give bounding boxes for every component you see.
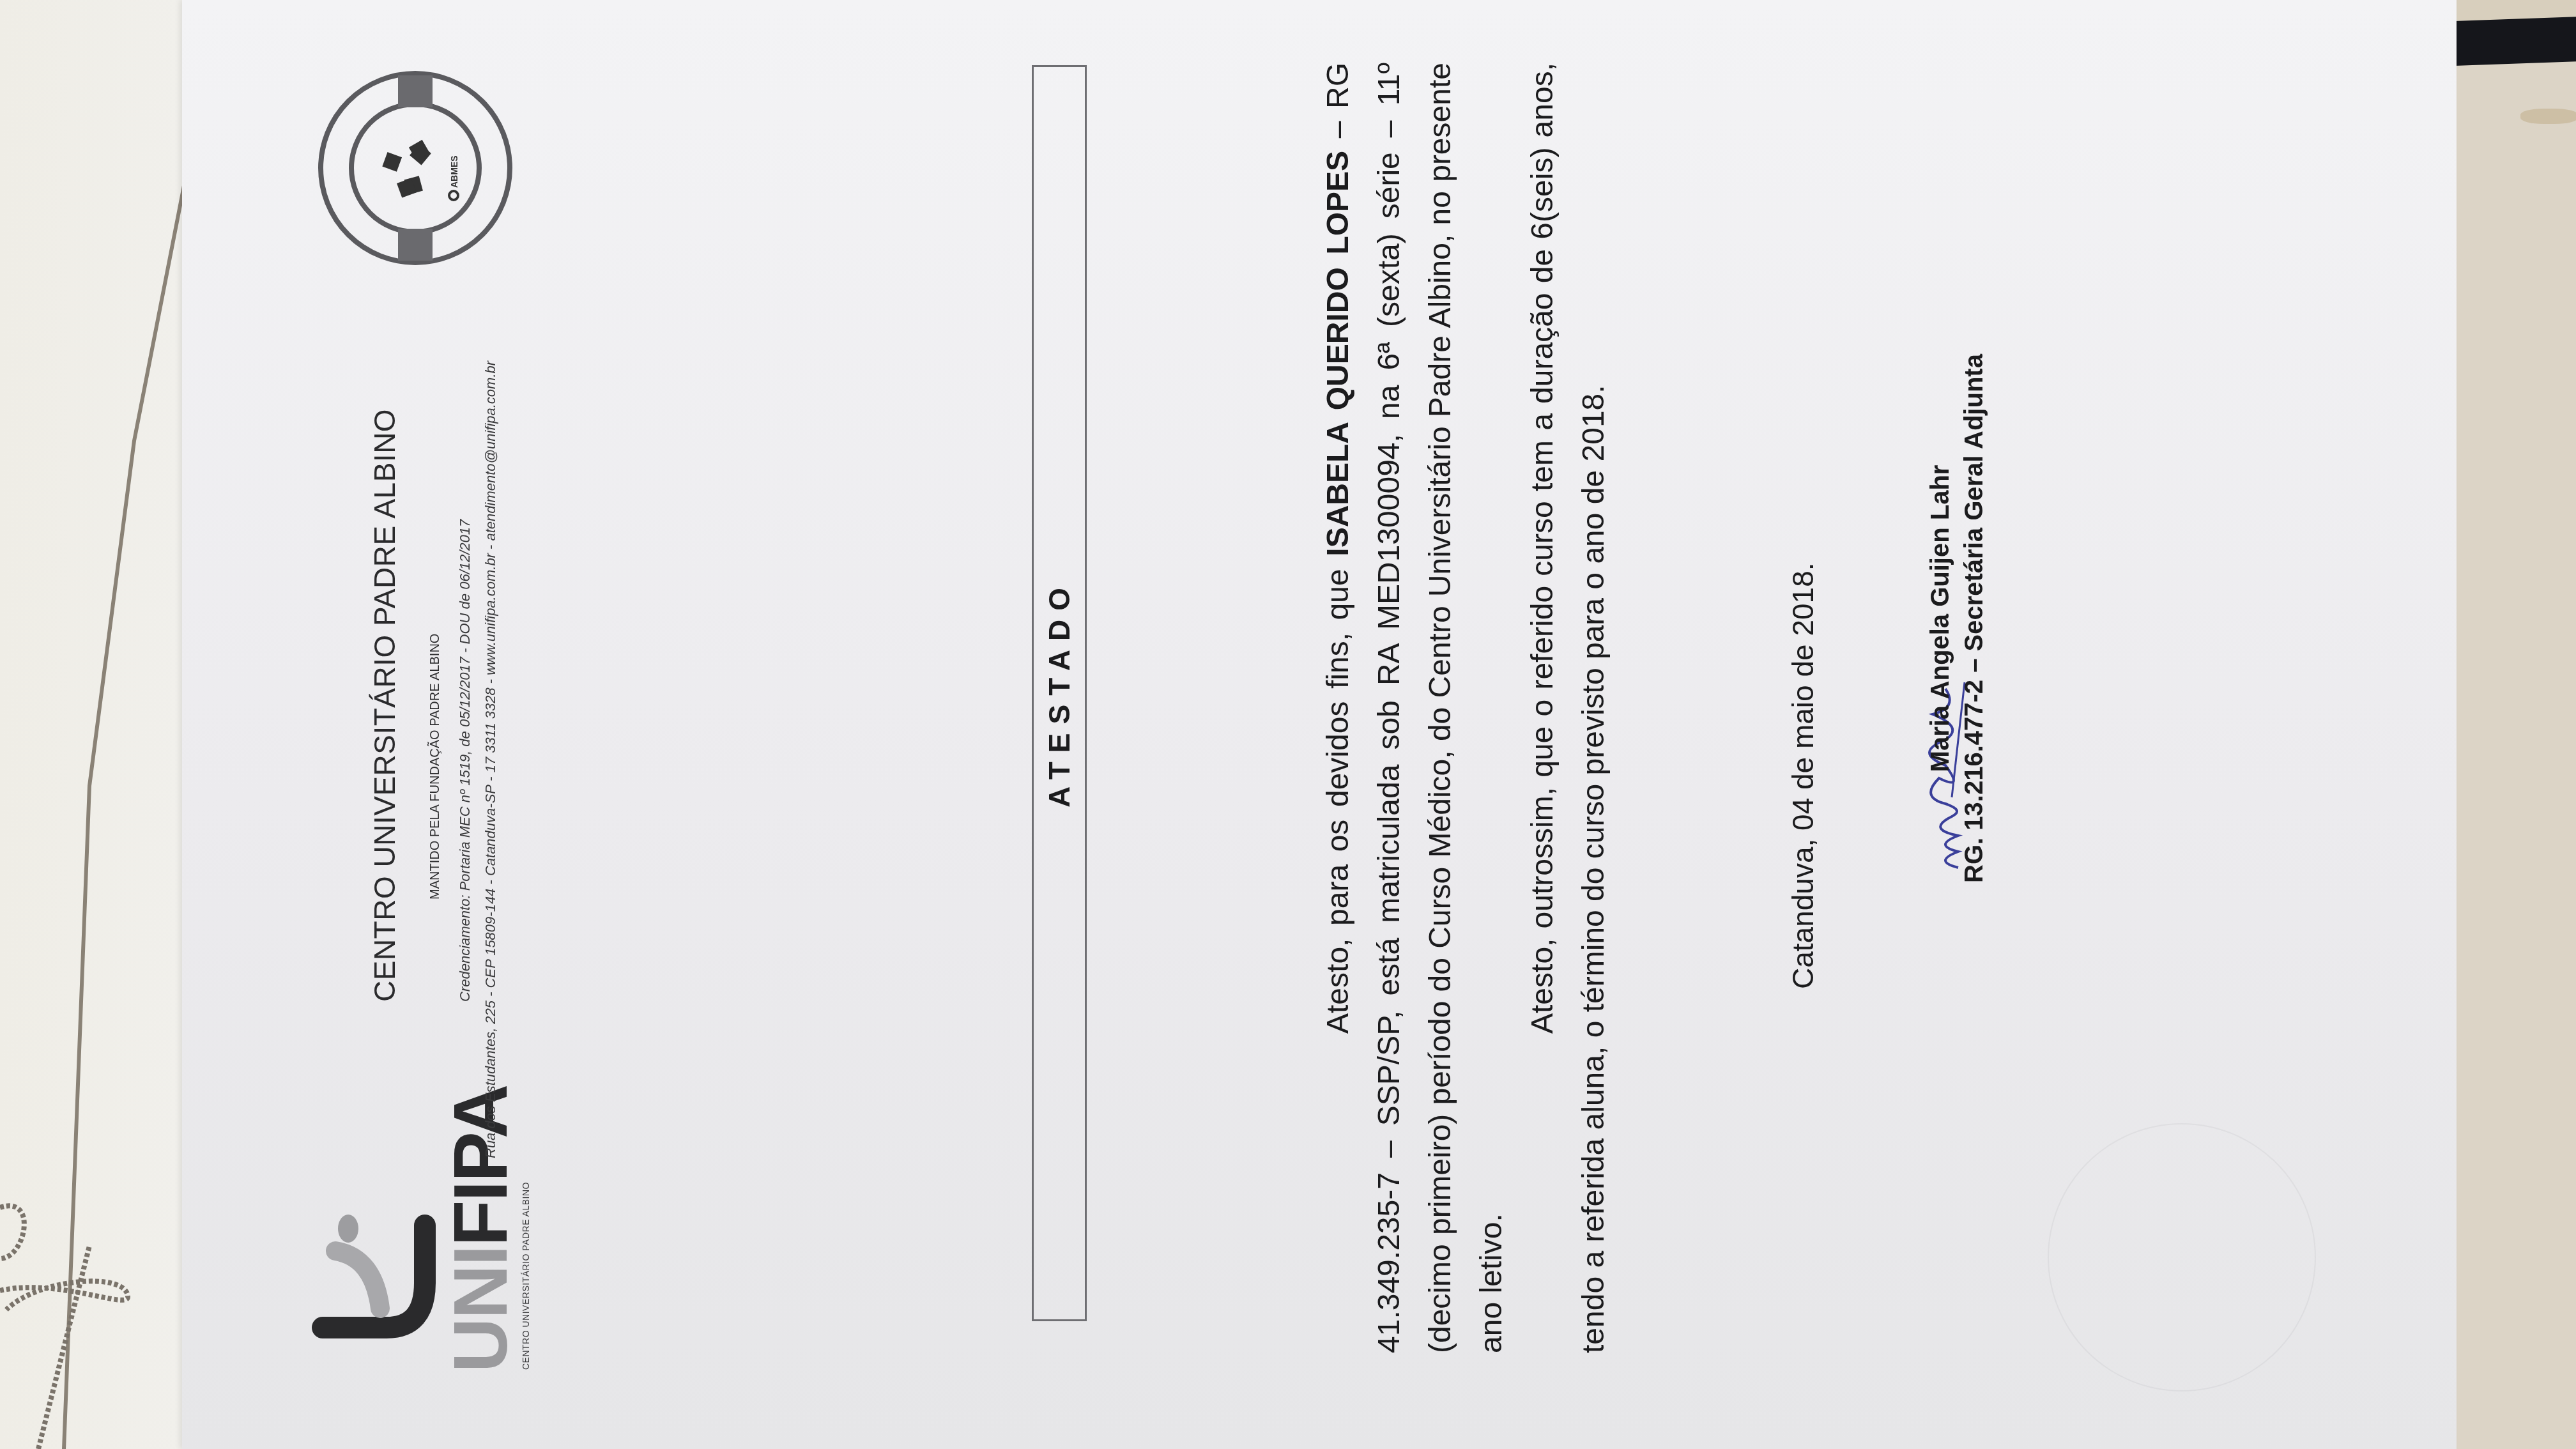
signatory-block: Maria Angela Guijen Lahr RG. 13.216.477-… [1926, 171, 1989, 1066]
accreditation-line: Credenciamento: Portaria MEC nº 1519, de… [457, 519, 473, 1002]
certificate-paper: UNIFIPA CENTRO UNIVERSITÁRIO PADRE ALBIN… [182, 0, 2457, 1449]
signatory-name: Maria Angela Guijen Lahr [1926, 171, 1955, 1066]
signatory-rg-role: RG. 13.216.477-2 – Secretária Geral Adju… [1960, 171, 1989, 1066]
necklace-chain [0, 1182, 141, 1449]
document-title: ATESTADO [1042, 579, 1077, 808]
logo-wordmark: UNIFIPA [438, 1085, 525, 1372]
social-responsibility-seal-icon: ABMES [316, 69, 514, 267]
paragraph-enrollment: Atesto, para os devidos fins, que ISABEL… [1313, 63, 1517, 1353]
paragraph-duration: Atesto, outrossim, que o referido curso … [1517, 63, 1620, 1353]
svg-text:ABMES: ABMES [449, 155, 459, 188]
certificate-body: Atesto, para os devidos fins, que ISABEL… [1313, 63, 1620, 1353]
unifipa-logo-mark-icon [310, 1206, 438, 1347]
logo-subtitle: CENTRO UNIVERSITÁRIO PADRE ALBINO [521, 1182, 531, 1370]
background-dark-object [2441, 17, 2576, 66]
document-title-box: ATESTADO [1032, 65, 1087, 1321]
maintained-by: MANTIDO PELA FUNDAÇÃO PADRE ALBINO [428, 634, 443, 900]
unifipa-logo: UNIFIPA CENTRO UNIVERSITÁRIO PADRE ALBIN… [310, 1142, 540, 1411]
embossed-stamp [2048, 1123, 2316, 1391]
institution-name: CENTRO UNIVERSITÁRIO PADRE ALBINO [367, 409, 402, 1002]
place-date: Catanduva, 04 de maio de 2018. [1786, 563, 1820, 990]
surface-stain [2520, 109, 2576, 124]
certificate-page: UNIFIPA CENTRO UNIVERSITÁRIO PADRE ALBIN… [182, 0, 2457, 1449]
table-surface-right [2447, 0, 2576, 1449]
student-name: ISABELA QUERIDO LOPES [1321, 151, 1355, 556]
address-line: Rua dos Estudantes, 225 - CEP 15809-144 … [482, 361, 499, 1158]
